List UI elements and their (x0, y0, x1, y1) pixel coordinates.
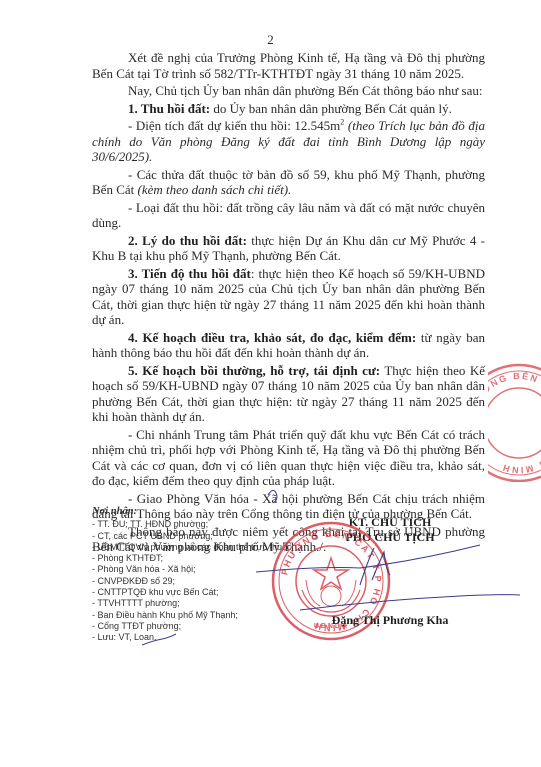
section-5: 5. Kế hoạch bồi thường, hỗ trợ, tái định… (92, 363, 485, 425)
section-3: 3. Tiến độ thu hồi đất: thực hiện theo K… (92, 266, 485, 328)
section-4-label: 4. Kế hoạch điều tra, khảo sát, đo đạc, … (128, 330, 416, 345)
section-1-area: - Diện tích đất dự kiến thu hồi: 12.545m… (92, 118, 485, 165)
recipient-item: - Phòng KTHTĐT; (92, 553, 294, 564)
recipient-item: - Ban Điều hành Khu phố Mỹ Thạnh; (92, 610, 294, 621)
section-5-branch: - Chi nhánh Trung tâm Phát triển quỹ đất… (92, 427, 485, 489)
recipient-item: - Cổng TTĐT phường; (92, 621, 294, 632)
recipient-item: - UBMTTQVN phường và các đoàn thể trực t… (92, 542, 294, 553)
section-1-parcels: - Các thửa đất thuộc tờ bản đồ số 59, kh… (92, 167, 485, 198)
section-1: 1. Thu hồi đất: do Ủy ban nhân dân phườn… (92, 101, 485, 117)
recipients-title: Nơi nhận: (92, 506, 294, 517)
recipient-item: - CNVPĐKĐĐ số 29; (92, 576, 294, 587)
recipient-item: - Lưu: VT, Loan. (92, 632, 294, 643)
section-5-label: 5. Kế hoạch bồi thường, hỗ trợ, tái định… (128, 363, 380, 378)
section-3-label: 3. Tiến độ thu hồi đất (128, 266, 251, 281)
partial-seal-icon: PHƯỜNG BẾN CÁT T.P HỒ CHÍ MINH (488, 362, 541, 482)
parcels-note: (kèm theo danh sách chi tiết). (138, 182, 292, 197)
page-number: 2 (0, 32, 541, 48)
svg-text:PHƯỜNG BẾN CÁT T.P HỒ CHÍ MINH: PHƯỜNG BẾN CÁT T.P HỒ CHÍ MINH (488, 371, 541, 475)
section-1-text: do Ủy ban nhân dân phường Bến Cát quản l… (210, 101, 452, 116)
recipient-item: - Phòng Văn hóa - Xã hội; (92, 564, 294, 575)
recipient-item: - TTVHTTTT phường; (92, 598, 294, 609)
section-1-label: 1. Thu hồi đất: (128, 101, 210, 116)
section-2: 2. Lý do thu hồi đất: thực hiện Dự án Kh… (92, 233, 485, 264)
recipient-item: - CNTTPTQĐ khu vực Bến Cát; (92, 587, 294, 598)
recipient-item: - CT, các PCT UBND phường; (92, 531, 294, 542)
recipient-item: - TT. ĐU; TT. HĐND phường; (92, 519, 294, 530)
section-1-land-type: - Loại đất thu hồi: đất trồng cây lâu nă… (92, 200, 485, 231)
announcement-paragraph: Nay, Chủ tịch Ủy ban nhân dân phường Bến… (92, 83, 485, 99)
section-4: 4. Kế hoạch điều tra, khảo sát, đo đạc, … (92, 330, 485, 361)
recipients-list: Nơi nhận: - TT. ĐU; TT. HĐND phường; - C… (92, 506, 294, 644)
area-text: - Diện tích đất dự kiến thu hồi: 12.545m (128, 118, 340, 133)
section-2-label: 2. Lý do thu hồi đất: (128, 233, 247, 248)
document-body: Xét đề nghị của Trưởng Phòng Kinh tế, Hạ… (92, 50, 485, 556)
intro-paragraph: Xét đề nghị của Trưởng Phòng Kinh tế, Hạ… (92, 50, 485, 81)
signer-name: Đặng Thị Phương Kha (300, 613, 480, 628)
